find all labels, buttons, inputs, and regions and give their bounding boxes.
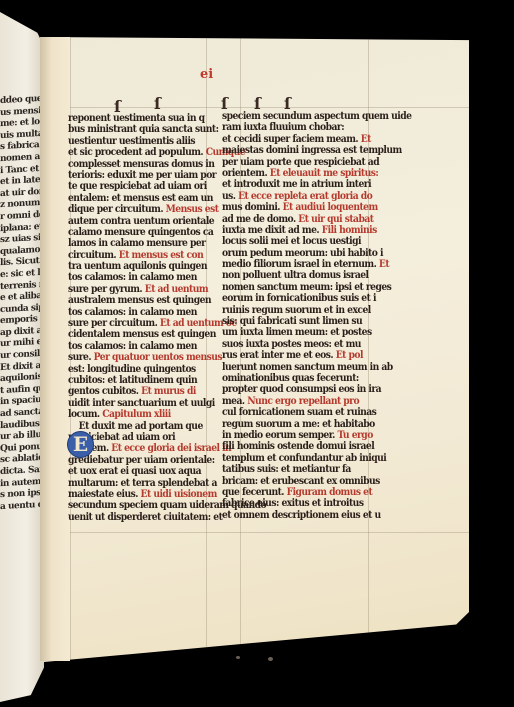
text-line: gentos cubitos. Et murus di (68, 386, 197, 397)
text-line: multarum: et terra splendebat a (68, 478, 197, 489)
text-line: um iuxta limen meum: et postes (222, 327, 351, 338)
text-line: luerunt nomen sanctum meum in ab (222, 362, 351, 373)
text-line: in medio eorum semper. Tu ergo (222, 430, 351, 441)
text-line: speciem secundum aspectum quem uide (222, 111, 351, 122)
text-line: orientem. Et eleuauit me spiritus: (222, 168, 351, 179)
rubric: Fili hominis (322, 225, 377, 236)
text-line: dique per circuitum. Mensus est (68, 204, 197, 215)
text-line: bricam: et erubescant ex omnibus (222, 476, 351, 487)
rubric: Et uir qui stabat (298, 214, 373, 225)
rubric: Per quatuor uentos mensus (94, 352, 222, 363)
text-line: tatibus suis: et metiantur fa (222, 464, 351, 475)
text-line: terioris: eduxit me per uiam por (68, 170, 197, 181)
text-line: mea. Nunc ergo repellant pro (222, 396, 351, 407)
rubric: Figuram domus et (287, 487, 373, 498)
text-line: mus domini. Et audiui loquentem (222, 202, 351, 213)
text-line: sure. Per quatuor uentos mensus (68, 352, 197, 363)
text-line: uidit inter sanctuarium et uulgi (68, 398, 197, 409)
rubric: Et uidi uisionem (141, 489, 217, 500)
text-line: cul fornicationem suam et ruinas (222, 407, 351, 418)
rubric: Et audiui loquentem (283, 202, 378, 213)
text-line: uestientur uestimentis aliis (68, 136, 197, 147)
text-line: sure per gyrum. Et ad uentum (68, 284, 197, 295)
text-line: grediebatur per uiam orientale: (68, 455, 197, 466)
text-line: que fecerunt. Figuram domus et (222, 487, 351, 498)
ruling-line-outer-right (368, 37, 369, 647)
text-line: locus solii mei et locus uestigi (222, 236, 351, 247)
text-line: ad me de domo. Et uir qui stabat (222, 214, 351, 225)
text-line: tra uentum aquilonis quingen (68, 261, 197, 272)
text-line: fabrice eius: exitus et introitus (222, 498, 351, 509)
book-gutter (40, 37, 70, 661)
text-line: regum suorum a me: et habitabo (222, 419, 351, 430)
text-line: maiestate eius. Et uidi uisionem (68, 489, 197, 500)
text-line: ram iuxta fluuium chobar: (222, 122, 351, 133)
text-line: bus ministrant quia sancta sunt: (68, 124, 197, 135)
left-page-line: a uentu ora (0, 500, 42, 514)
ruling-line-bottom (44, 532, 469, 533)
text-line: et introduxit me in atrium interi (222, 179, 351, 190)
text-line: templum et confundantur ab iniqui (222, 453, 351, 464)
text-line: ruinis regum suorum et in excel (222, 305, 351, 316)
text-line: autem contra uentum orientale (68, 216, 197, 227)
text-line: et cecidi super faciem meam. Et (222, 134, 351, 145)
text-line: per uiam porte que respiciebat ad (222, 157, 351, 168)
text-line: circuitum. Et mensus est con (68, 250, 197, 261)
text-line: calamo mensure quingentos ca (68, 227, 197, 238)
rubric: Capitulum xliii (102, 409, 170, 420)
text-line: entalem: et mensus est eam un (68, 193, 197, 204)
rubric: Et eleuauit me spiritus: (270, 168, 378, 179)
text-line: suos iuxta postes meos: et mu (222, 339, 351, 350)
text-line: locum. Capitulum xliii (68, 409, 197, 420)
text-line: lamos in calamo mensure per (68, 238, 197, 249)
rubric: Mensus est (166, 204, 219, 215)
text-line: et omnem descriptionem eius et u (222, 510, 351, 521)
text-line: rus erat inter me et eos. Et pol (222, 350, 351, 361)
text-line: uenit ut disperderet ciuitatem: et (68, 512, 197, 523)
text-line: medio filiorum israel in eternum. Et (222, 259, 351, 270)
ascender-flourish: ſ (154, 94, 161, 113)
text-line: complesset mensuras domus in (68, 159, 197, 170)
text-line: tos calamos: in calamo men (68, 307, 197, 318)
text-line: est: longitudine quingentos (68, 364, 197, 375)
rubric: Et ecce gloria dei israel in (111, 443, 231, 454)
stain-spot (236, 656, 240, 659)
text-line: tos calamos: in calamo men (68, 272, 197, 283)
text-line: sure per circuitum. Et ad uentum oc (68, 318, 197, 329)
text-line: iuxta me dixit ad me. Fili hominis (222, 225, 351, 236)
rubric: Et (379, 259, 389, 270)
text-column-left: reponent uestimenta sua in q bus ministr… (68, 113, 208, 523)
text-line: eorum in fornicationibus suis et i (222, 293, 351, 304)
left-page-text: ddeo quem pipolsaus mensis i dixit adme:… (0, 95, 42, 555)
text-line: nomen sanctum meum: ipsi et reges (222, 282, 351, 293)
text-line: orum pedum meorum: ubi habito i (222, 248, 351, 259)
rubric: Et pol (336, 350, 363, 361)
text-line: secundum speciem quam uideram quando (68, 500, 197, 511)
rubric: Nunc ergo repellant pro (247, 396, 359, 407)
text-line: australem mensus est quingen (68, 295, 197, 306)
text-line: propter quod consumpsi eos in ira (222, 384, 351, 395)
rubric: Et murus di (141, 386, 196, 397)
rubric: Tu ergo (337, 430, 372, 441)
text-line: tos calamos: in calamo men (68, 341, 197, 352)
text-line: reponent uestimenta sua in q (68, 113, 197, 124)
rubric: Et ad uentum (145, 284, 208, 295)
text-column-right: speciem secundum aspectum quem uide ram … (222, 111, 362, 521)
text-line: cubitos: et latitudinem quin (68, 375, 197, 386)
folio-mark: ei (200, 67, 213, 82)
text-line: et uox erat ei quasi uox aqua (68, 466, 197, 477)
text-line: maiestas domini ingressa est templum (222, 145, 351, 156)
text-line: cidentalem mensus est quingen (68, 329, 197, 340)
text-line: fili hominis ostende domui israel (222, 441, 351, 452)
decorated-initial-e: E (67, 431, 94, 458)
rubric: Et (361, 134, 371, 145)
rubric: Et ecce repleta erat gloria do (238, 191, 372, 202)
text-line: ominationibus quas fecerunt: (222, 373, 351, 384)
stain-spot (268, 657, 273, 661)
text-line: sis: qui fabricati sunt limen su (222, 316, 351, 327)
text-line: et sic procedent ad populum. Cumque (68, 147, 197, 158)
text-line: te que respiciebat ad uiam ori (68, 181, 197, 192)
text-line: us. Et ecce repleta erat gloria do (222, 191, 351, 202)
rubric: Et mensus est con (119, 250, 204, 261)
text-line: Et duxit me ad portam que (68, 421, 197, 432)
text-line: non polluent ultra domus israel (222, 270, 351, 281)
